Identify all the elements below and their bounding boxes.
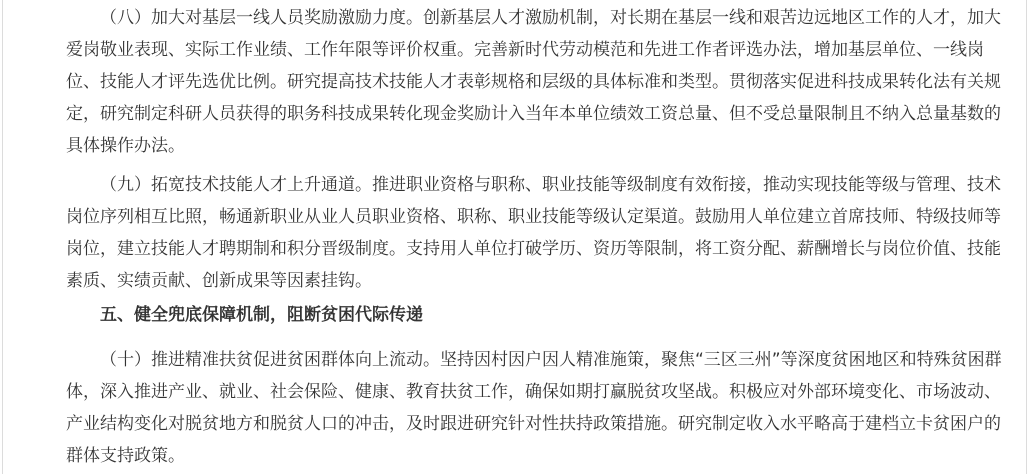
paragraph-item-8: （八）加大对基层一线人员奖励激励力度。创新基层人才激励机制，对长期在基层一线和艰…: [66, 2, 1013, 162]
paragraph-item-9: （九）拓宽技术技能人才上升通道。推进职业资格与职称、职业技能等级制度有效衔接，推…: [66, 169, 1013, 297]
document-content-area: （八）加大对基层一线人员奖励激励力度。创新基层人才激励机制，对长期在基层一线和艰…: [2, 0, 1027, 474]
policy-document-page: （八）加大对基层一线人员奖励激励力度。创新基层人才激励机制，对长期在基层一线和艰…: [0, 0, 1029, 474]
section-heading-5: 五、健全兜底保障机制，阻断贫困代际传递: [66, 299, 1013, 331]
paragraph-item-10: （十）推进精准扶贫促进贫困群体向上流动。坚持因村因户因人精准施策，聚焦“三区三州…: [66, 344, 1013, 472]
